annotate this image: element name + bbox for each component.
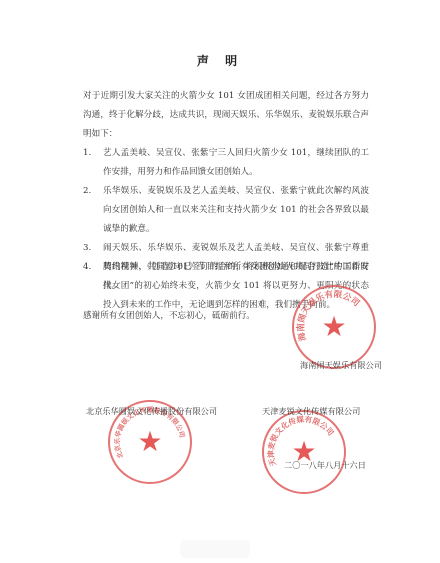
- company-name-naotian: 海南闹天娱乐有限公司: [300, 360, 382, 371]
- document-title: 声 明: [0, 52, 440, 69]
- star-icon: ★: [137, 428, 162, 456]
- intro-paragraph: 对于近期引发大家关注的火箭少女 101 女团成团相关问题，经过各方努力沟通，终于…: [83, 87, 369, 144]
- statement-document: 声 明 对于近期引发大家关注的火箭少女 101 女团成团相关问题，经过各方努力沟…: [0, 0, 440, 563]
- company-seal-mairui: 天津麦锐文化传媒有限公司 ★: [262, 410, 346, 494]
- item-text: 乐华娱乐、麦锐娱乐及艺人孟美岐、吴宣仪、张紫宁就此次解约风波向女团创始人和一直以…: [103, 182, 369, 239]
- company-name-yuehua: 北京乐华圆娱文化传播股份有限公司: [86, 406, 217, 417]
- document-date: 二〇一八年八月十六日: [284, 460, 366, 471]
- company-seal-naotian: 海南闹天娱乐有限公司 ★: [292, 285, 376, 369]
- watermark-smudge: [180, 540, 250, 558]
- company-name-mairui: 天津麦锐文化传媒有限公司: [262, 406, 360, 417]
- item-text: 艺人孟美岐、吴宣仪、张紫宁三人回归火箭少女 101，继续团队的工作安排，用努力和…: [103, 144, 369, 182]
- item-number: 2.: [83, 182, 99, 201]
- item-number: 3.: [83, 239, 99, 258]
- star-icon: ★: [321, 313, 346, 341]
- list-item: 2. 乐华娱乐、麦锐娱乐及艺人孟美岐、吴宣仪、张紫宁就此次解约风波向女团创始人和…: [83, 182, 369, 239]
- closing-line: 感谢所有女团创始人，不忘初心，砥砺前行。: [83, 309, 255, 321]
- item-number: 4.: [83, 258, 99, 277]
- item-number: 1.: [83, 144, 99, 163]
- list-item: 1. 艺人孟美岐、吴宣仪、张紫宁三人回归火箭少女 101，继续团队的工作安排，用…: [83, 144, 369, 182]
